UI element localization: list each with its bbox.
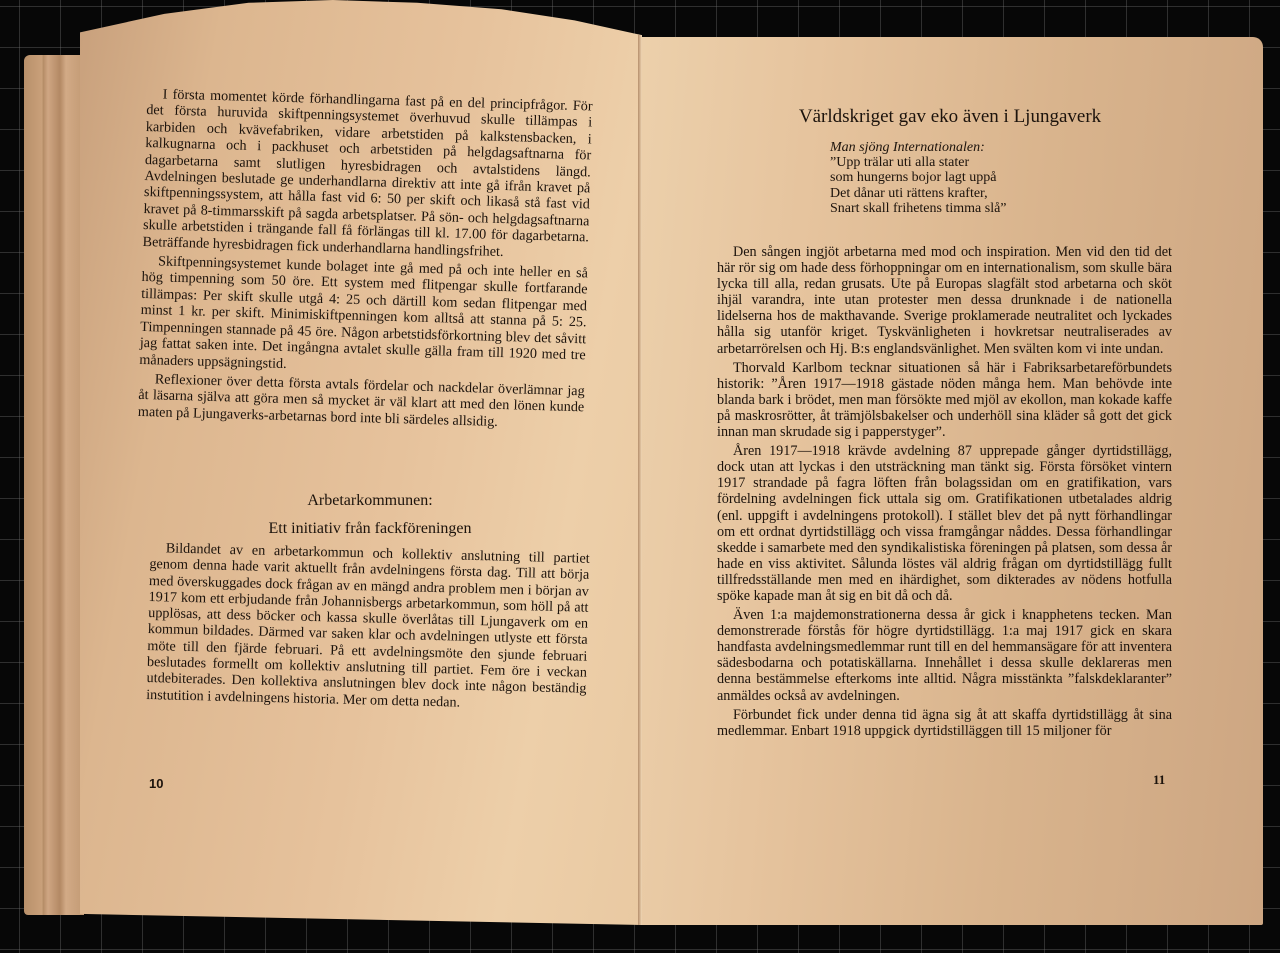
right-page-text: Den sången ingjöt arbetarna med mod och … [717, 244, 1172, 742]
epigraph-line: ”Upp trälar uti alla stater [830, 155, 1007, 170]
epigraph-line: Snart skall frihetens timma slå” [830, 201, 1007, 216]
section-subheading: Ett initiativ från fackföreningen [150, 520, 590, 538]
page-stack-edges [24, 55, 84, 915]
epigraph-line: som hungerns bojor lagt uppå [830, 170, 1007, 185]
book-spine [638, 35, 642, 925]
paragraph: Även 1:a majdemonstrationerna dessa år g… [717, 607, 1172, 704]
left-page-text-bottom: Bildandet av en arbetarkommun och kollek… [146, 540, 590, 717]
paragraph: Thorvald Karlbom tecknar situationen så … [717, 360, 1172, 440]
paragraph: Bildandet av en arbetarkommun och kollek… [146, 540, 590, 714]
epigraph: Man sjöng Internationalen: ”Upp trälar u… [830, 140, 1007, 216]
page-number-left: 10 [149, 776, 163, 791]
section-heading: Arbetarkommunen: [150, 492, 590, 510]
epigraph-lead: Man sjöng Internationalen: [830, 140, 1007, 155]
paragraph: Åren 1917—1918 krävde avdelning 87 uppre… [717, 443, 1172, 604]
paragraph: Skiftpenningsystemet kunde bolaget inte … [139, 253, 588, 380]
epigraph-line: Det dånar uti rättens krafter, [830, 186, 1007, 201]
paragraph: Den sången ingjöt arbetarna med mod och … [717, 244, 1172, 357]
paragraph: I första momentet körde förhandlingarna … [142, 86, 592, 262]
chapter-title: Världskriget gav eko även i Ljungaverk [700, 106, 1200, 128]
paragraph: Förbundet fick under denna tid ägna sig … [717, 707, 1172, 739]
page-number-right: 11 [1153, 772, 1165, 788]
paragraph: Reflexioner över detta första avtals för… [138, 371, 585, 433]
left-page-text-top: I första momentet körde förhandlingarna … [138, 86, 593, 435]
